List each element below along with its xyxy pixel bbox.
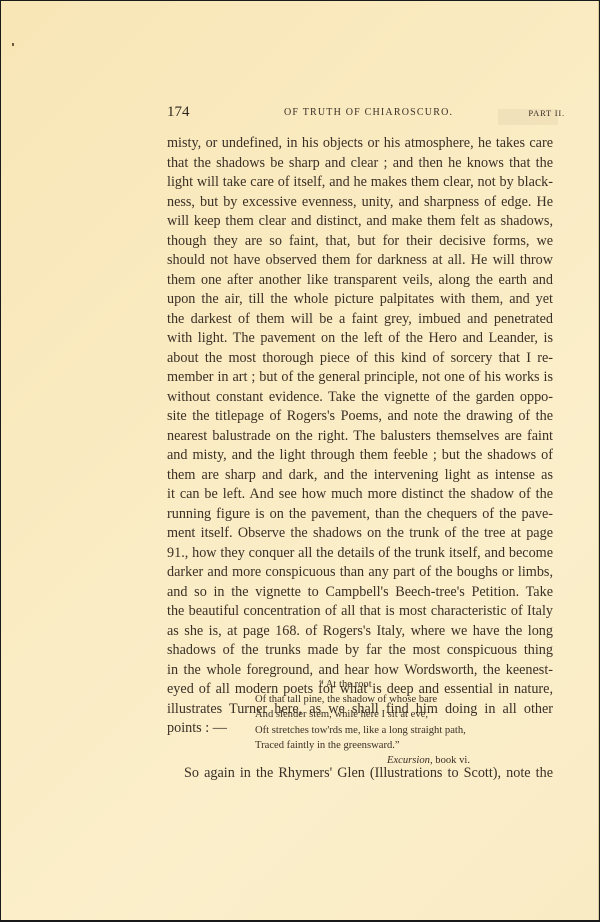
text-line: nearest balustrade on the right. The bal… bbox=[167, 427, 553, 447]
quote-line: And slender stem, while here I sit at ev… bbox=[255, 707, 470, 722]
running-head: 174 OF TRUTH OF CHIAROSCURO. PART II. bbox=[167, 104, 565, 124]
block-quote: “ At the root Of that tall pine, the sha… bbox=[255, 677, 470, 768]
page-speck bbox=[12, 43, 14, 46]
text-line: and so in the vignette to Campbell's Bee… bbox=[167, 583, 553, 603]
text-line: upon the air, till the whole picture pal… bbox=[167, 290, 553, 310]
text-line: shadows of the trunks made by far the mo… bbox=[167, 641, 553, 661]
text-line: darker and more conspicuous than any par… bbox=[167, 563, 553, 583]
text-line: the beautiful concentration of all that … bbox=[167, 602, 553, 622]
text-line: light will take care of itself, and he m… bbox=[167, 173, 553, 193]
text-line: it can be left. And see how much more di… bbox=[167, 485, 553, 505]
text-line: without constant evidence. Take the vign… bbox=[167, 388, 553, 408]
text-line: and misty, and the light through them fe… bbox=[167, 446, 553, 466]
text-line: though they are so faint, that, but for … bbox=[167, 232, 553, 252]
text-line: should not have observed them for darkne… bbox=[167, 251, 553, 271]
text-line: member in art ; but of the general princ… bbox=[167, 368, 553, 388]
page-number: 174 bbox=[167, 104, 190, 121]
text-line: them one after another like transparent … bbox=[167, 271, 553, 291]
text-line: ment itself. Observe the shadows on the … bbox=[167, 524, 553, 544]
quote-line: Traced faintly in the greensward.” bbox=[255, 738, 470, 753]
quote-line: Oft stretches tow'rds me, like a long st… bbox=[255, 723, 470, 738]
text-line: will keep them clear and distinct, and m… bbox=[167, 212, 553, 232]
text-line: about the most thorough piece of this ki… bbox=[167, 349, 553, 369]
paragraph-2-first-line: So again in the Rhymers' Glen (Illustrat… bbox=[184, 764, 553, 784]
book-page: 174 OF TRUTH OF CHIAROSCURO. PART II. mi… bbox=[1, 1, 599, 920]
chapter-title: OF TRUTH OF CHIAROSCURO. bbox=[284, 107, 453, 118]
body-paragraph: misty, or undefined, in his objects or h… bbox=[167, 134, 553, 739]
text-line: ness, but by excessive evenness, unity, … bbox=[167, 193, 553, 213]
text-line: them are sharp and dark, and the interve… bbox=[167, 466, 553, 486]
text-line: misty, or undefined, in his objects or h… bbox=[167, 134, 553, 154]
text-line: with light. The pavement on the left of … bbox=[167, 329, 553, 349]
text-line: as she is, at page 168. of Rogers's Ital… bbox=[167, 622, 553, 642]
part-label: PART II. bbox=[528, 108, 565, 118]
text-line: that the shadows be sharp and clear ; an… bbox=[167, 154, 553, 174]
text-line: running figure is on the pavement, than … bbox=[167, 505, 553, 525]
quote-line: “ At the root bbox=[255, 677, 470, 692]
quote-line: Of that tall pine, the shadow of whose b… bbox=[255, 692, 470, 707]
text-line: site the titlepage of Rogers's Poems, an… bbox=[167, 407, 553, 427]
text-line: the darkest of them will be a faint grey… bbox=[167, 310, 553, 330]
text-line: 91., how they conquer all the details of… bbox=[167, 544, 553, 564]
